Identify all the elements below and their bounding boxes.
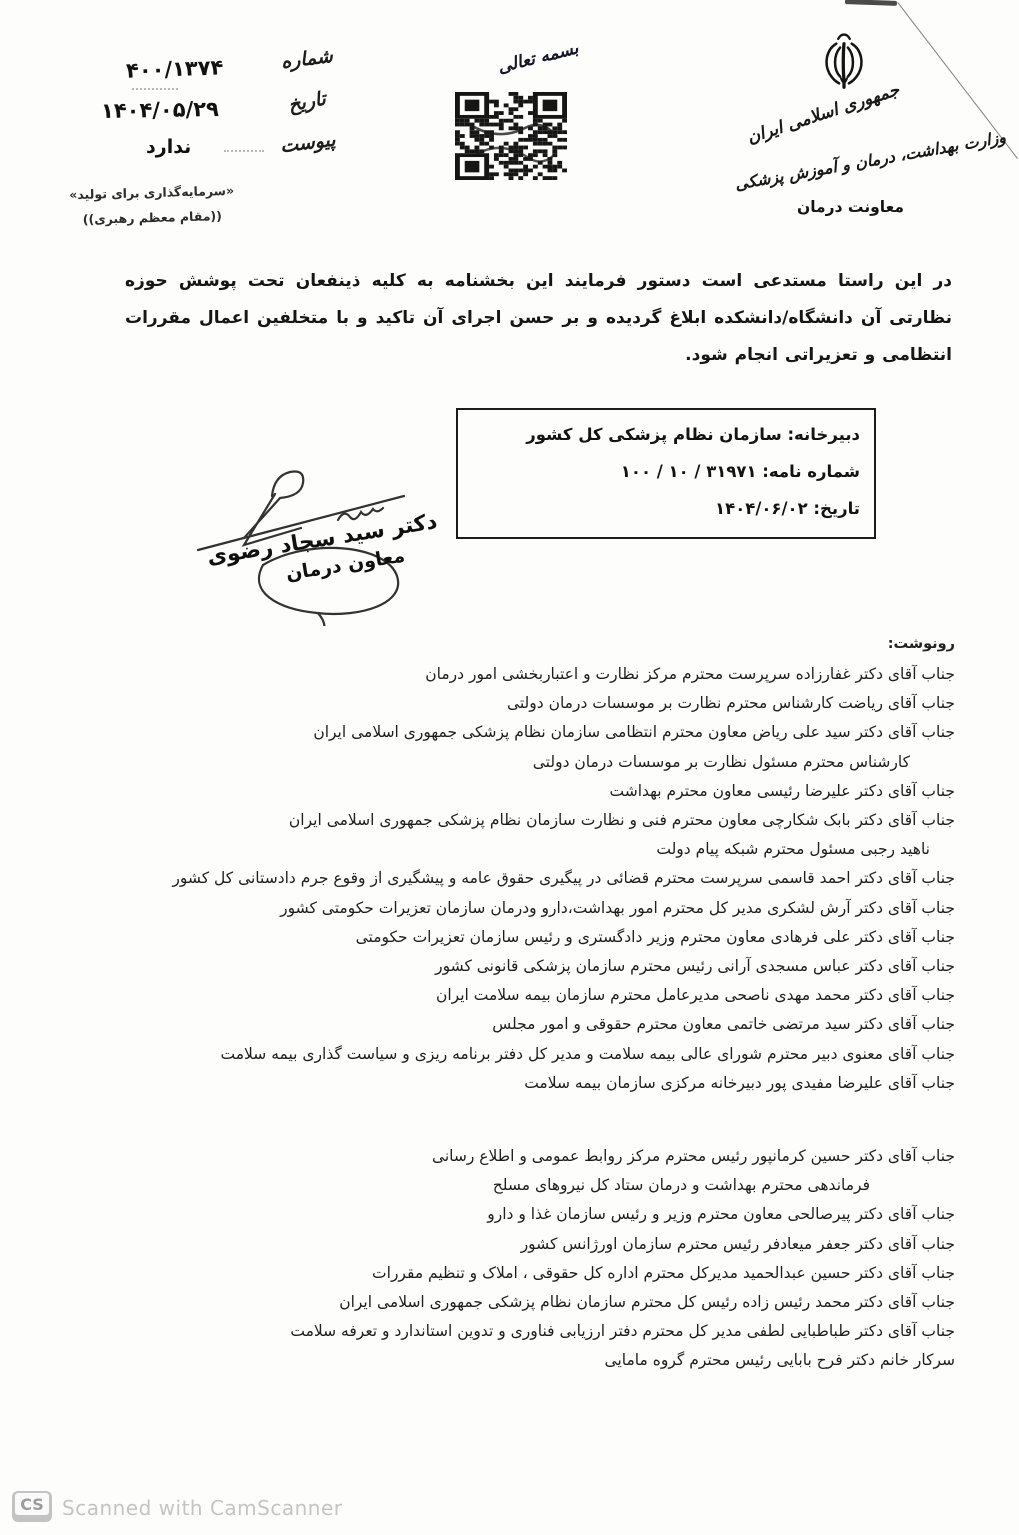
cc-recipient: جناب آقای دکتر احمد قاسمی سرپرست محترم ق…	[70, 864, 955, 893]
cc-recipient: جناب آقای دکتر سید مرتضی خاتمی معاون محت…	[70, 1010, 955, 1039]
cc-heading: رونوشت:	[70, 636, 955, 652]
attachment-label: پیوست	[279, 129, 337, 158]
cc-recipient: جناب آقای دکتر عباس مسجدی آرانی رئیس محت…	[70, 952, 955, 981]
cc-list-group2: جناب آقای دکتر حسین کرمانپور رئیس محترم …	[70, 1142, 955, 1376]
camscanner-logo-text: CS	[15, 1493, 49, 1515]
qr-code-icon	[455, 92, 567, 180]
letter-number-value: ۴۰۰/۱۳۷۴	[126, 55, 224, 82]
camscanner-logo-icon: CS	[12, 1491, 52, 1522]
cc-recipient: جناب آقای دکتر جعفر میعادفر رئیس محترم س…	[70, 1230, 955, 1259]
scan-smudge	[845, 0, 897, 6]
cc-recipient: فرماندهی محترم بهداشت و درمان ستاد کل نی…	[70, 1171, 955, 1200]
cc-recipient: کارشناس محترم مسئول نظارت بر موسسات درما…	[70, 748, 955, 777]
cc-recipient: جناب آقای دکتر طباطبایی لطفی مدیر کل محت…	[70, 1317, 955, 1346]
letter-number-label: شماره	[280, 45, 334, 73]
cc-recipient: جناب آقای دکتر پیرصالحی معاون محترم وزیر…	[70, 1200, 955, 1229]
cc-recipient: جناب آقای دکتر علیرضا رئیسی معاون محترم …	[70, 777, 955, 806]
year-slogan: «سرمایه‌گذاری برای تولید» ((مقام معظم ره…	[61, 178, 242, 233]
camscanner-watermark-text: Scanned with CamScanner	[62, 1496, 342, 1520]
secretariat-date: تاریخ: ۱۴۰۴/۰۶/۰۲	[472, 490, 860, 527]
cc-recipient: جناب آقای دکتر آرش لشکری مدیر کل محترم ا…	[70, 894, 955, 923]
letter-date-value: ۱۴۰۴/۰۵/۲۹	[101, 97, 219, 123]
cc-recipient: جناب آقای دکتر علی فرهادی معاون محترم وز…	[70, 923, 955, 952]
letter-date-label: تاریخ	[286, 88, 327, 117]
secretariat-letter-number: شماره نامه: ۳۱۹۷۱ / ۱۰ / ۱۰۰	[472, 453, 860, 490]
cc-list-group1: جناب آقای دکتر غفارزاده سرپرست محترم مرک…	[70, 660, 955, 1098]
cc-section: رونوشت: جناب آقای دکتر غفارزاده سرپرست م…	[70, 636, 955, 1376]
cc-recipient: جناب آقای علیرضا مفیدی پور دبیرخانه مرکز…	[70, 1069, 955, 1098]
cc-recipient: سرکار خانم دکتر فرح بابایی رئیس محترم گر…	[70, 1346, 955, 1375]
cc-recipient: جناب آقای ریاضت کارشناس محترم نظارت بر م…	[70, 689, 955, 718]
cc-recipient: جناب آقای دکتر بابک شکارچی معاون محترم ف…	[70, 806, 955, 835]
cc-recipient: جناب آقای دکتر محمد رئیس زاده رئیس کل مح…	[70, 1288, 955, 1317]
cc-recipient: جناب آقای دکتر غفارزاده سرپرست محترم مرک…	[70, 660, 955, 689]
cc-recipient: ناهید رجبی مسئول محترم شبکه پیام دولت	[70, 835, 955, 864]
handwritten-dots	[132, 88, 178, 90]
secretariat-stamp-box: دبیرخانه: سازمان نظام پزشکی کل کشور شمار…	[456, 408, 876, 539]
letter-body-paragraph: در این راستا مستدعی است دستور فرمایند ای…	[125, 263, 952, 374]
secretariat-name: دبیرخانه: سازمان نظام پزشکی کل کشور	[472, 416, 860, 453]
cc-recipient: جناب آقای دکتر سید علی ریاض معاون محترم …	[70, 718, 955, 747]
slogan-line2: ((مقام معظم رهبری))	[62, 203, 243, 233]
cc-recipient: جناب آقای معنوی دبیر محترم شورای عالی بی…	[70, 1040, 955, 1069]
cc-recipient: جناب آقای دکتر حسین کرمانپور رئیس محترم …	[70, 1142, 955, 1171]
cc-recipient: جناب آقای دکتر محمد مهدی ناصحی مدیرعامل …	[70, 981, 955, 1010]
handwritten-dots	[224, 150, 264, 152]
cc-recipient: جناب آقای دکتر حسین عبدالحمید مدیرکل محت…	[70, 1259, 955, 1288]
deputy-title: معاونت درمان	[797, 198, 904, 216]
attachment-value: ندارد	[146, 136, 191, 158]
bismillah-calligraphy: بسمه تعالی	[496, 38, 581, 77]
scanned-letter-page: شماره ۴۰۰/۱۳۷۴ تاریخ ۱۴۰۴/۰۵/۲۹ پیوست ند…	[0, 0, 1019, 1535]
